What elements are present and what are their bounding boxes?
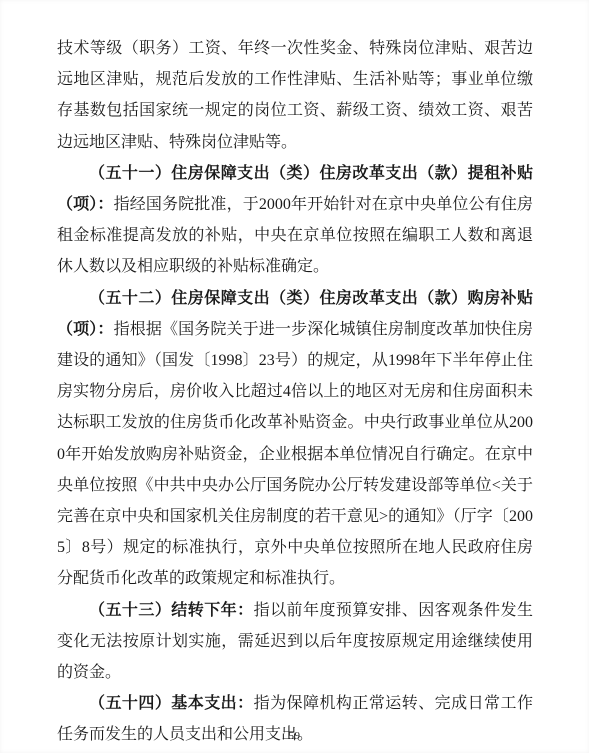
paragraph-body: 技术等级（职务）工资、年终一次性奖金、特殊岗位津贴、艰苦边远地区津贴，规范后发放… bbox=[57, 40, 533, 151]
paragraph-item-51: （五十一）住房保障支出（类）住房改革支出（款）提租补贴（项）：指经国务院批准，于… bbox=[57, 158, 533, 283]
document-content: 技术等级（职务）工资、年终一次性奖金、特殊岗位津贴、艰苦边远地区津贴，规范后发放… bbox=[57, 33, 533, 751]
paragraph-lead: （五十三）结转下年： bbox=[89, 602, 254, 619]
paragraph-item-53: （五十三）结转下年：指以前年度预算安排、因客观条件发生变化无法按原计划实施，需延… bbox=[57, 595, 533, 689]
paragraph-item-52: （五十二）住房保障支出（类）住房改革支出（款）购房补贴（项）：指根据《国务院关于… bbox=[57, 283, 533, 595]
paragraph-continuation: 技术等级（职务）工资、年终一次性奖金、特殊岗位津贴、艰苦边远地区津贴，规范后发放… bbox=[57, 33, 533, 158]
document-page: 技术等级（职务）工资、年终一次性奖金、特殊岗位津贴、艰苦边远地区津贴，规范后发放… bbox=[0, 0, 589, 753]
paragraph-lead: （五十四）基本支出： bbox=[89, 695, 254, 712]
paragraph-body: 指经国务院批准，于2000年开始针对在京中央单位公有住房租金标准提高发放的补贴，… bbox=[57, 196, 533, 275]
paragraph-body: 指根据《国务院关于进一步深化城镇住房制度改革加快住房建设的通知》（国发〔1998… bbox=[57, 321, 533, 588]
page-number: 59 bbox=[0, 730, 589, 742]
